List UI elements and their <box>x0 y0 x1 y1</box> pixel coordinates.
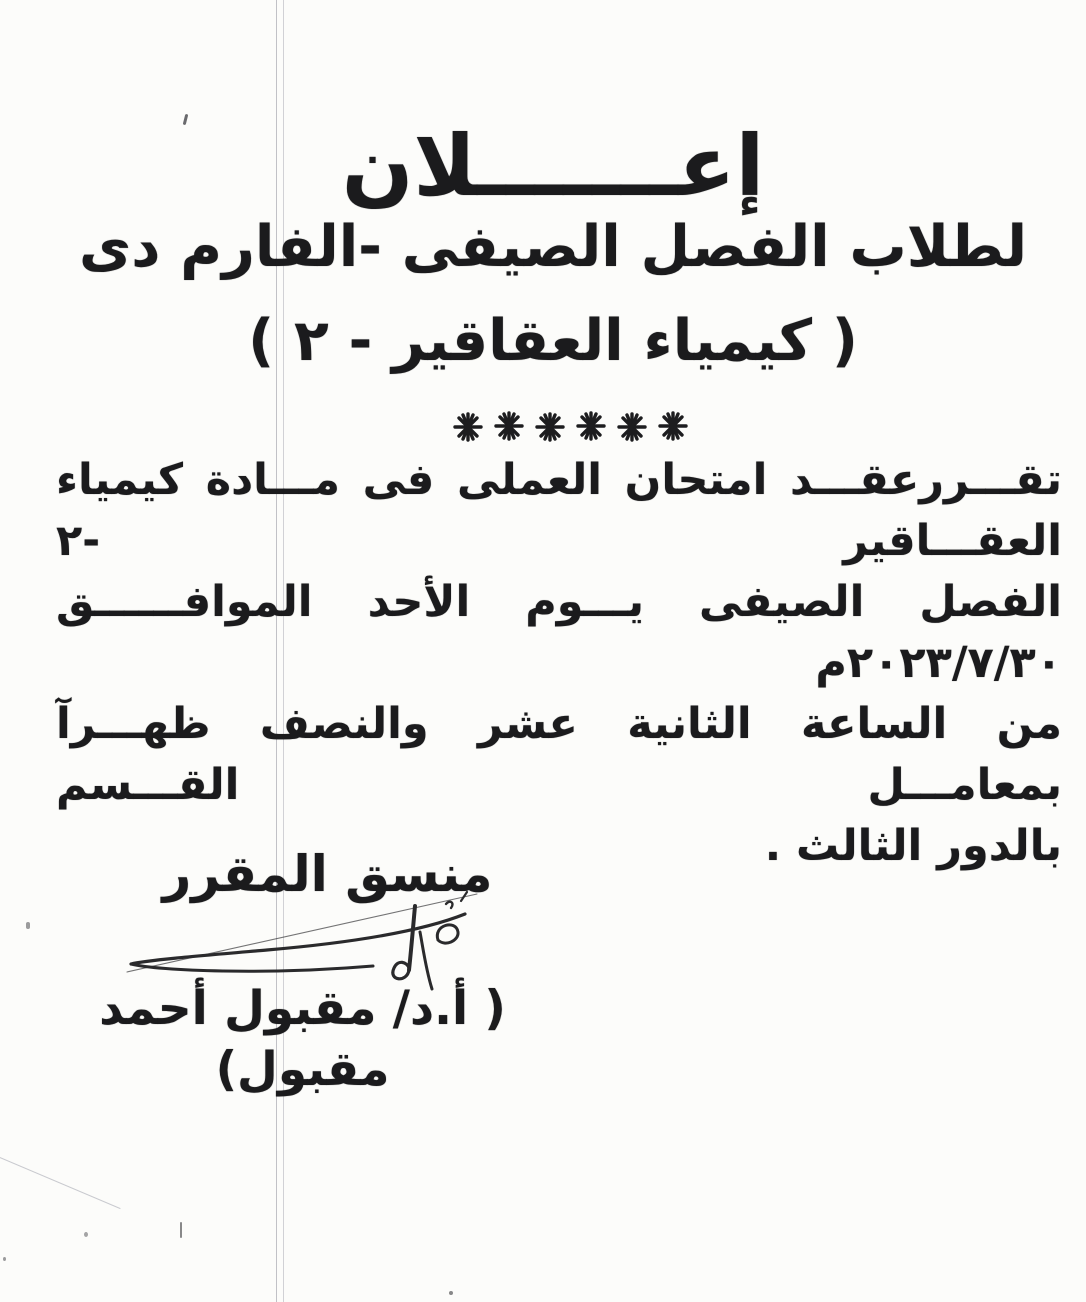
scan-speck <box>26 922 30 929</box>
scan-speck <box>180 1222 182 1238</box>
asterisk-separator-icon <box>40 402 1086 454</box>
course-name-line: ( كيمياء العقاقير - ٢ ) <box>20 302 1086 382</box>
body-line: من الساعة الثانية عشر والنصف ظهـــرآ بمع… <box>56 694 1062 816</box>
scan-speck <box>84 1232 88 1237</box>
body-line: تقـــررعقـــد امتحان العملى فى مـــادة ك… <box>56 450 1062 572</box>
scan-speck <box>449 1291 453 1295</box>
scan-scratch-mark <box>0 1157 121 1209</box>
scan-speck <box>3 1257 6 1261</box>
scanned-document-page: إعـــــــلان لطلاب الفصل الصيفى -الفارم … <box>0 0 1086 1302</box>
audience-line: لطلاب الفصل الصيفى -الفارم دى <box>20 208 1086 288</box>
announcement-title: إعـــــــلان <box>20 112 1086 221</box>
announcement-body: تقـــررعقـــد امتحان العملى فى مـــادة ك… <box>56 450 1062 877</box>
body-line: الفصل الصيفى يـــوم الأحد الموافــــــق … <box>56 572 1062 694</box>
coordinator-name: ( أ.د/ مقبول أحمد مقبول) <box>55 978 550 1100</box>
